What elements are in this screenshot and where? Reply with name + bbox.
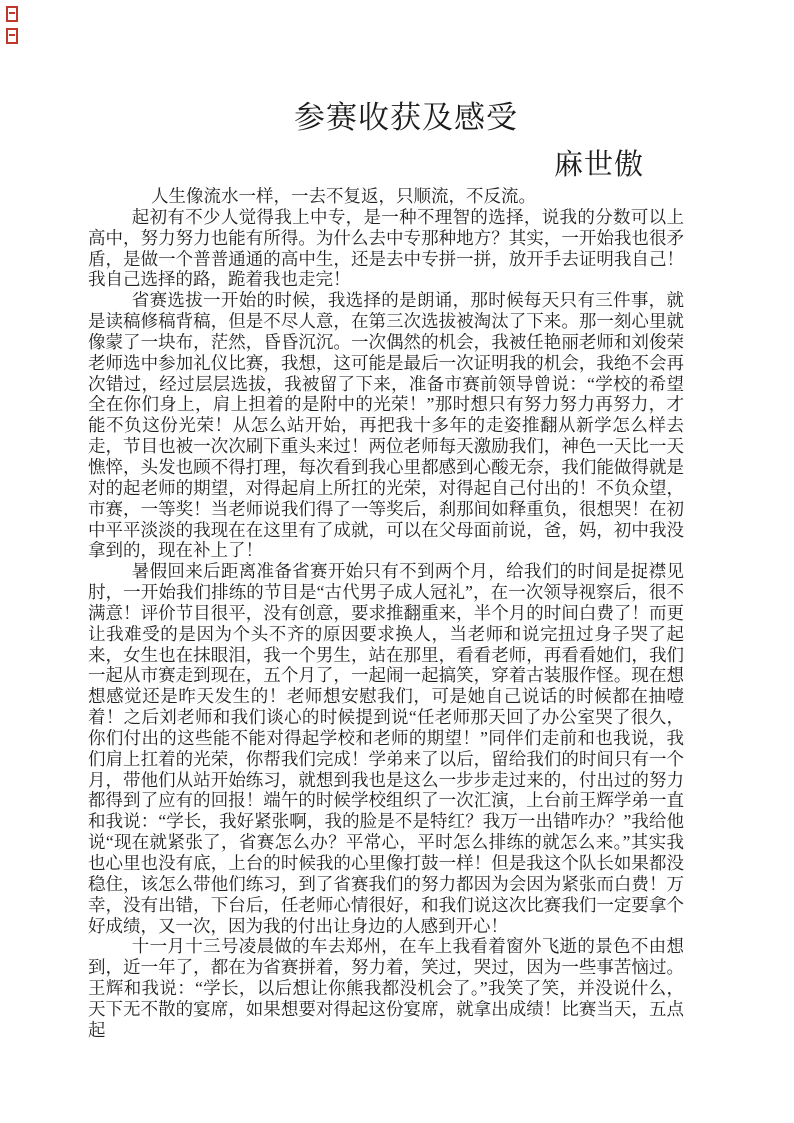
document-page: 参赛收获及感受 麻世傲 人生像流水一样，一去不复返，只顺流，不反流。起初有不少人… bbox=[0, 0, 794, 1123]
author-name: 麻世傲 bbox=[88, 142, 684, 183]
paragraph: 暑假回来后距离准备省赛开始只有不到两个月，给我们的时间是捉襟见肘，一开始我们排练… bbox=[88, 561, 684, 936]
red-stamp-icon bbox=[6, 6, 18, 22]
document-body: 人生像流水一样，一去不复返，只顺流，不反流。起初有不少人觉得我上中专，是一种不理… bbox=[88, 186, 684, 1041]
paragraph: 起初有不少人觉得我上中专，是一种不理智的选择，说我的分数可以上高中，努力努力也能… bbox=[88, 207, 684, 290]
red-stamp-icon bbox=[6, 28, 18, 44]
page-title: 参赛收获及感受 bbox=[88, 92, 684, 137]
paragraph: 人生像流水一样，一去不复返，只顺流，不反流。 bbox=[88, 186, 684, 207]
paragraph: 十一月十三号凌晨做的车去郑州，在车上我看着窗外飞逝的景色不由想到，近一年了，都在… bbox=[88, 936, 684, 1040]
paragraph: 省赛选拔一开始的时候，我选择的是朗诵，那时候每天只有三件事，就是读稿修稿背稿，但… bbox=[88, 290, 684, 561]
